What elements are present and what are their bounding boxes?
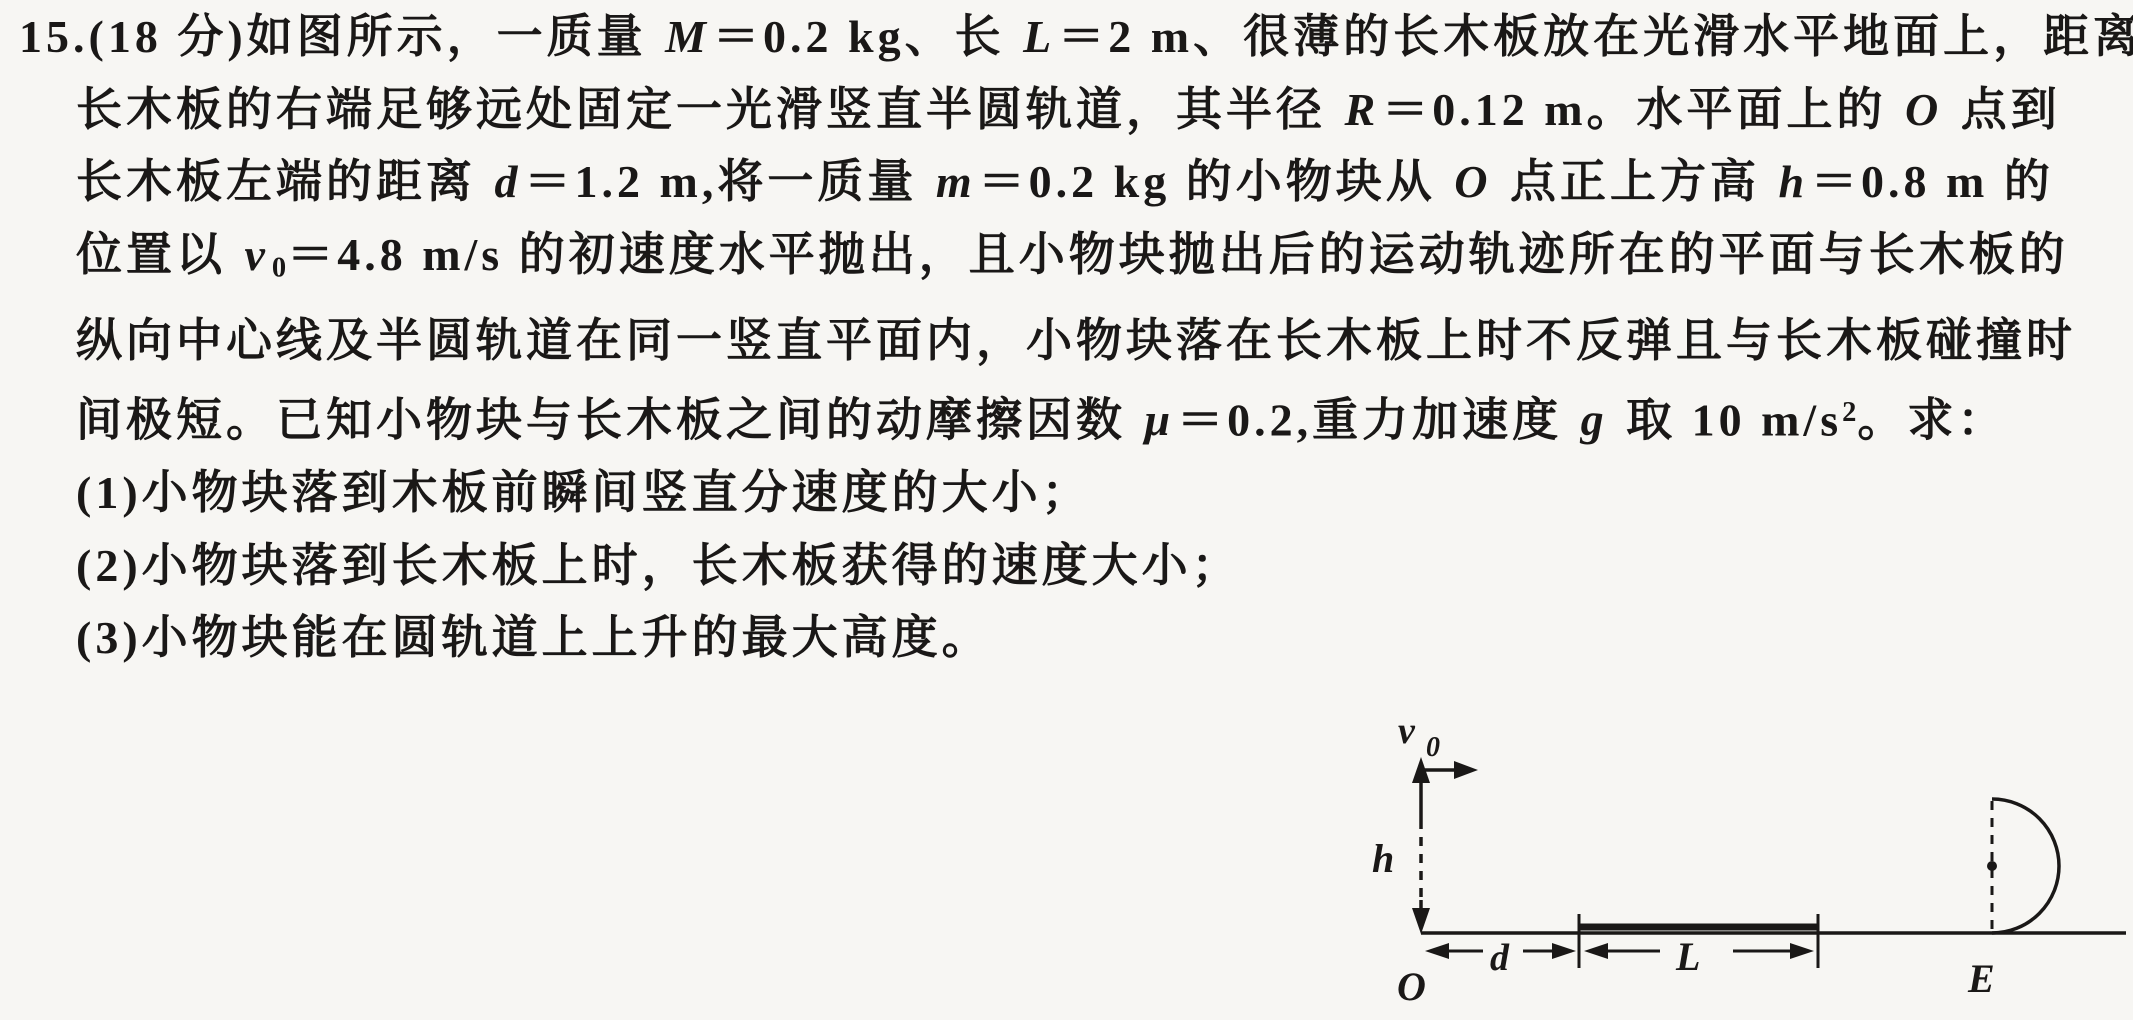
text-segment: O [1902,84,1945,135]
text-segment: h [1775,156,1811,207]
text-segment: (3)小物块能在圆轨道上上升的最大高度。 [76,612,992,663]
v0-label: v [1398,710,1416,752]
text-segment: 间极短。已知小物块与长木板之间的动摩擦因数 [76,394,1142,445]
text-segment: O [1451,156,1494,207]
text-segment: g [1578,394,1611,445]
text-segment: ＝0.12 m。水平面上的 [1382,84,1902,135]
text-segment: ＝2 m、很薄的长木板放在光滑水平地面上，距离 [1058,11,2133,62]
text-segment: ＝0.2,重力加速度 [1177,394,1578,445]
d-arrowhead-right-icon [1552,943,1576,959]
velocity-arrowhead-icon [1454,761,1478,779]
text-segment: d [492,156,525,207]
L-label: L [1675,934,1700,979]
problem-line-3: 长木板左端的距离 d＝1.2 m,将一质量 m＝0.2 kg 的小物块从 O 点… [76,146,2126,219]
E-label: E [1967,956,1995,1001]
text-segment: 位置以 [76,229,242,280]
text-segment: 。求： [1857,394,2007,445]
d-label: d [1490,937,1510,979]
physics-diagram: v 0 h d L O E [1370,690,2133,1020]
text-segment: v [242,229,272,280]
d-arrowhead-left-icon [1425,943,1449,959]
text-segment: μ [1142,394,1178,445]
text-segment: 15.(18 分)如图所示，一质量 [19,11,662,62]
text-segment: 纵向中心线及半圆轨道在同一竖直平面内，小物块落在长木板上时不反弹且与长木板碰撞时 [76,315,2076,366]
text-segment: ＝0.8 m 的 [1811,156,2054,207]
problem-line-7: (1)小物块落到木板前瞬间竖直分速度的大小； [76,457,2126,530]
problem-text: 15.(18 分)如图所示，一质量 M＝0.2 kg、长 L＝2 m、很薄的长木… [76,1,2126,675]
O-label: O [1397,964,1426,1009]
problem-line-6: 间极短。已知小物块与长木板之间的动摩擦因数 μ＝0.2,重力加速度 g 取 10… [76,377,2126,457]
problem-line-5: 纵向中心线及半圆轨道在同一竖直平面内，小物块落在长木板上时不反弹且与长木板碰撞时 [76,305,2126,378]
text-segment: ＝4.8 m/s 的初速度水平抛出，且小物块抛出后的运动轨迹所在的平面与长木板的 [287,229,2069,280]
text-segment: 2 [1842,397,1857,428]
text-segment: 0 [272,252,287,283]
text-segment: 点到 [1945,84,2061,135]
text-segment: ＝0.2 kg、长 [713,11,1020,62]
v0-subscript-label: 0 [1426,732,1440,763]
problem-line-1: 15.(18 分)如图所示，一质量 M＝0.2 kg、长 L＝2 m、很薄的长木… [19,1,2126,74]
L-arrowhead-left-icon [1584,943,1608,959]
text-segment: 点正上方高 [1494,156,1775,207]
text-segment: (1)小物块落到木板前瞬间竖直分速度的大小； [76,467,1092,518]
semicircle-center-dot [1987,861,1997,871]
h-label: h [1372,836,1394,881]
problem-line-8: (2)小物块落到长木板上时，长木板获得的速度大小； [76,530,2126,603]
problem-line-4: 位置以 v0＝4.8 m/s 的初速度水平抛出，且小物块抛出后的运动轨迹所在的平… [76,219,2126,305]
text-segment: ＝0.2 kg 的小物块从 [979,156,1452,207]
text-segment: 长木板的右端足够远处固定一光滑竖直半圆轨道，其半径 [76,84,1342,135]
text-segment: ＝1.2 m,将一质量 [525,156,933,207]
text-segment: L [1020,11,1058,62]
problem-line-9: (3)小物块能在圆轨道上上升的最大高度。 [76,602,2126,675]
height-arrowhead-down-icon [1412,908,1430,934]
text-segment: 长木板左端的距离 [76,156,492,207]
L-arrowhead-right-icon [1790,943,1814,959]
text-segment: 取 10 m/s [1611,394,1843,445]
text-segment: (2)小物块落到长木板上时，长木板获得的速度大小； [76,540,1242,591]
text-segment: M [662,11,713,62]
text-segment: m [933,156,979,207]
semicircle-track-arc [1992,799,2059,933]
text-segment: R [1342,84,1383,135]
problem-line-2: 长木板的右端足够远处固定一光滑竖直半圆轨道，其半径 R＝0.12 m。水平面上的… [76,74,2126,147]
